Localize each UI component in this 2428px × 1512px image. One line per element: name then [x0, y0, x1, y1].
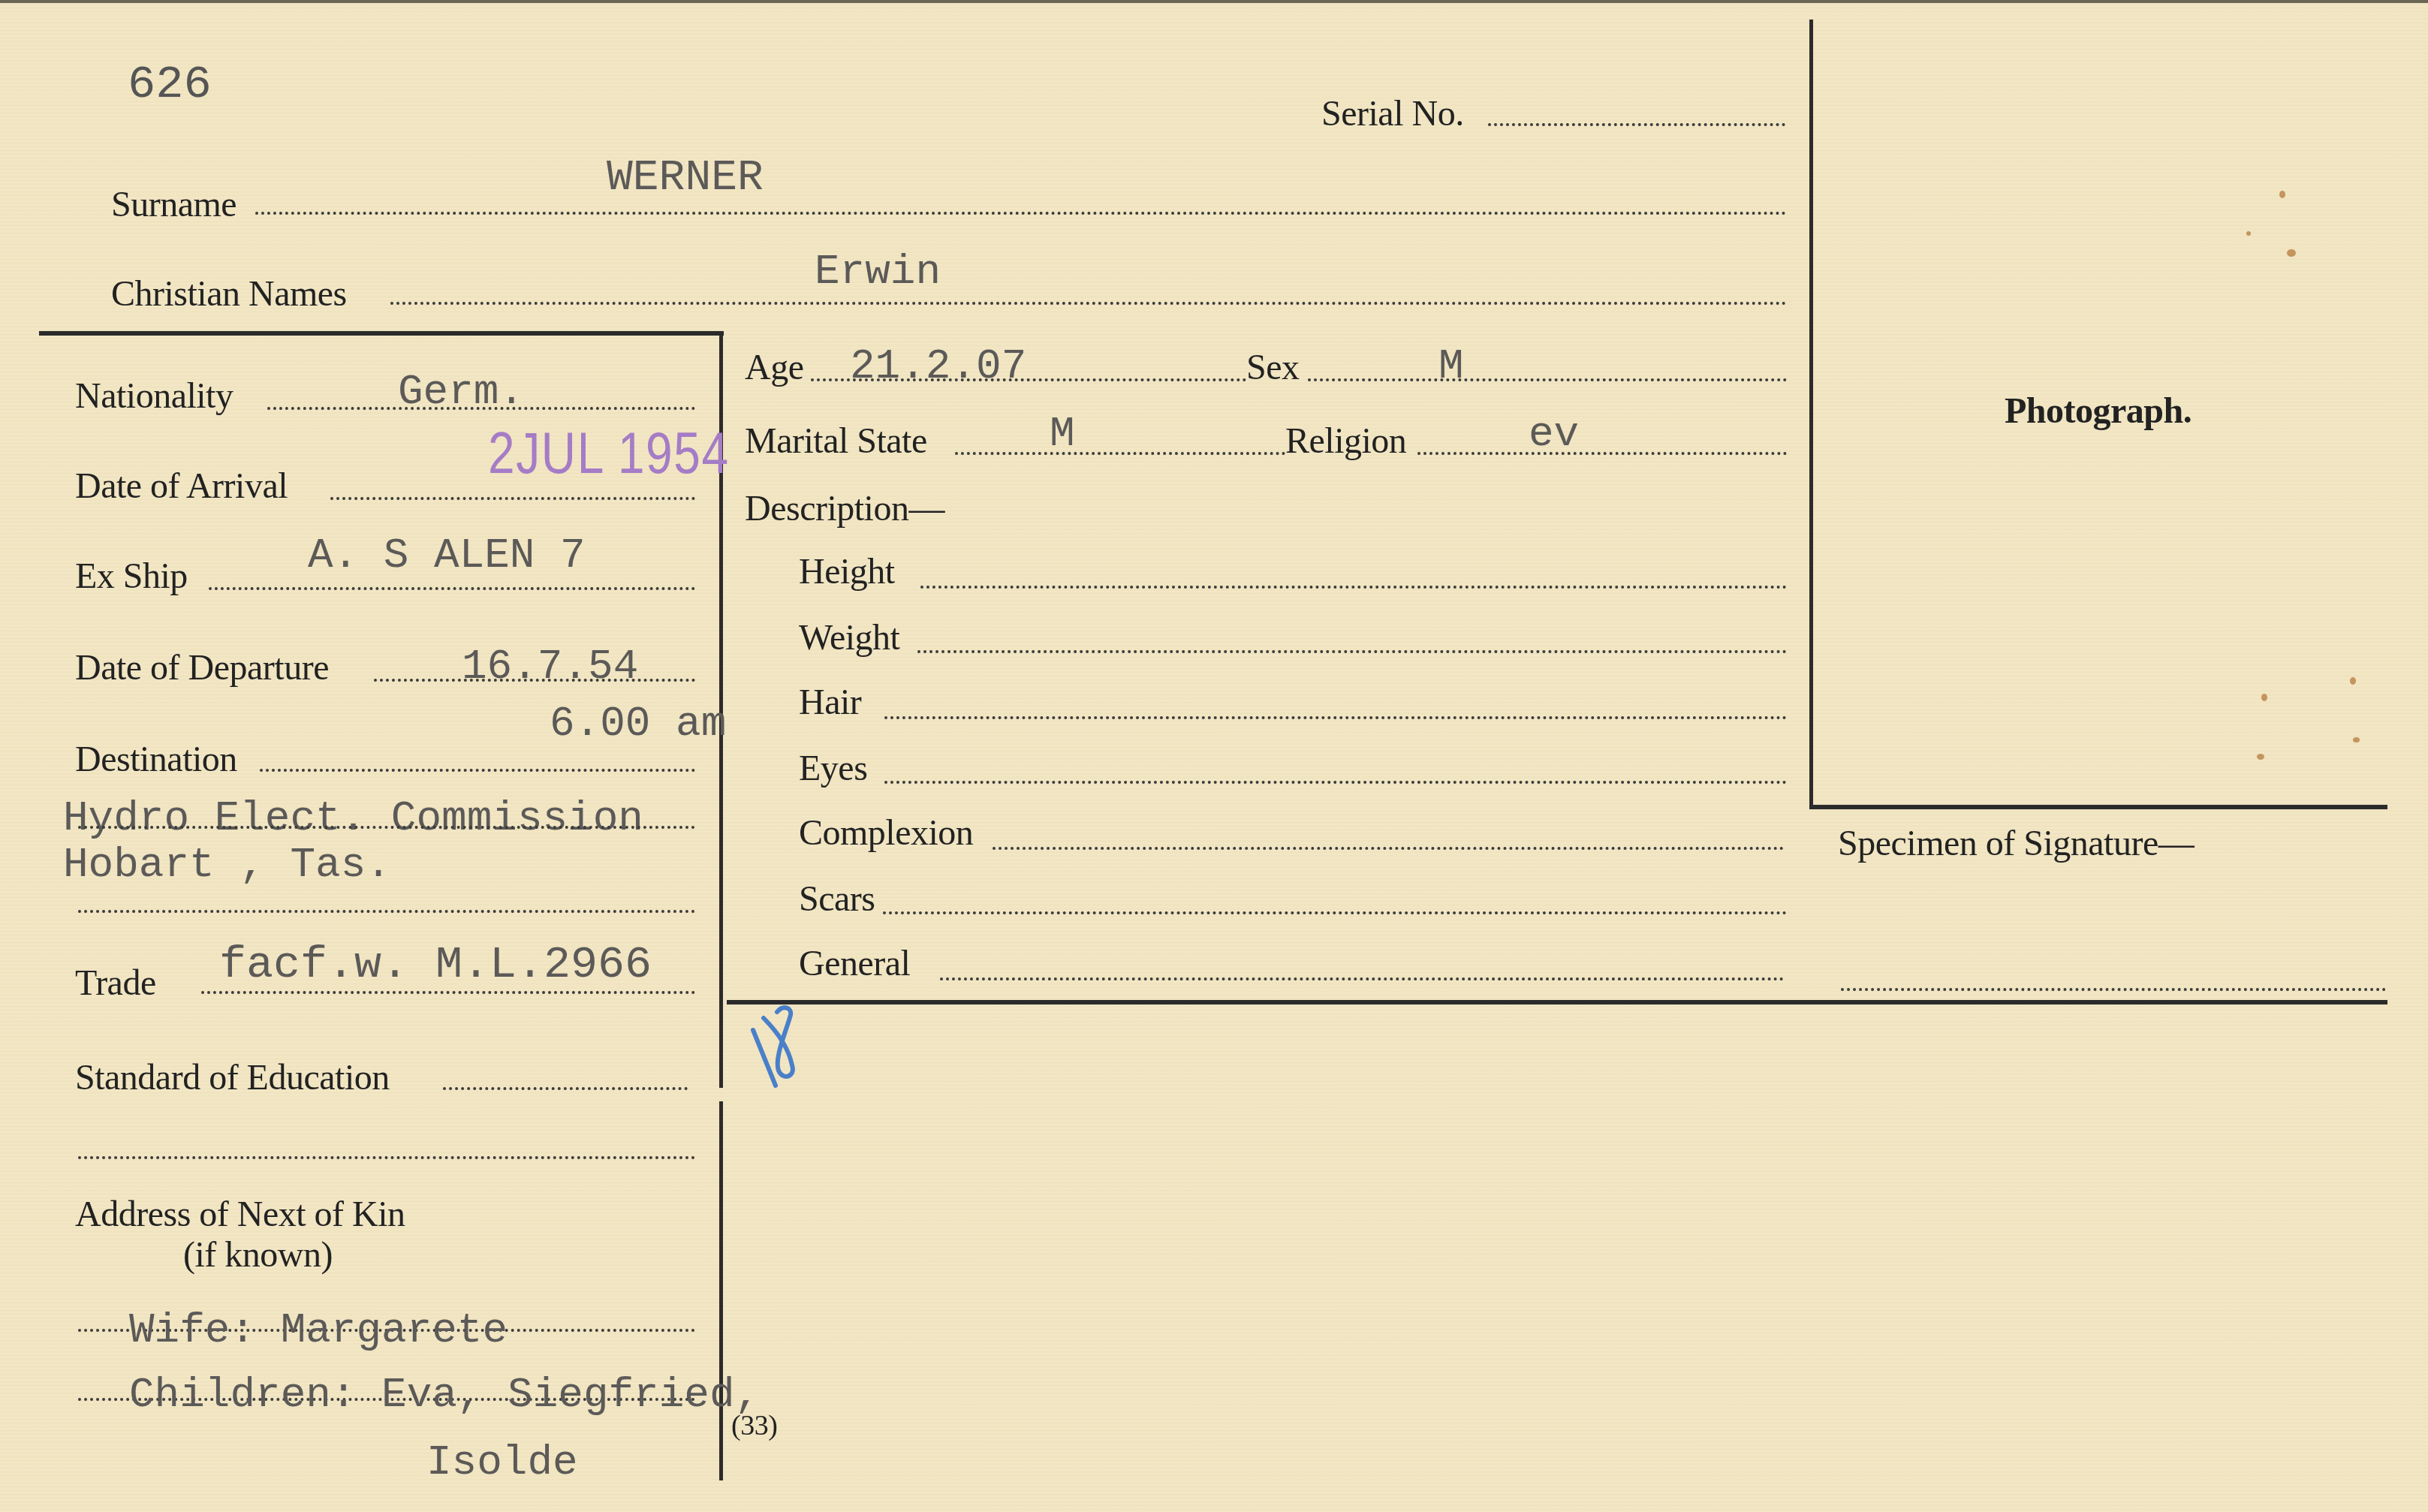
- height-label: Height: [799, 554, 895, 590]
- christian-names-value: Erwin: [815, 251, 941, 293]
- destination-line-2: Hobart , Tas.: [63, 844, 391, 886]
- weight-field[interactable]: [917, 650, 1787, 653]
- foxing-stain: [2350, 677, 2356, 685]
- standard-of-education-label: Standard of Education: [75, 1060, 390, 1096]
- foxing-stain: [2287, 249, 2296, 257]
- religion-field[interactable]: [1417, 452, 1787, 455]
- religion-label: Religion: [1285, 423, 1406, 459]
- nationality-value: Germ.: [398, 371, 524, 413]
- height-field[interactable]: [920, 586, 1787, 589]
- age-value: 21.2.07: [850, 345, 1026, 387]
- foxing-stain: [2261, 694, 2267, 701]
- nationality-label: Nationality: [75, 378, 233, 414]
- print-code: (33): [731, 1411, 777, 1440]
- foxing-stain: [2353, 737, 2360, 742]
- christian-names-label: Christian Names: [111, 276, 347, 312]
- serial-number-label: Serial No.: [1321, 96, 1464, 132]
- left-column-divider-lower: [719, 1101, 723, 1480]
- signature-label: Specimen of Signature—: [1838, 826, 2194, 862]
- eyes-field[interactable]: [884, 781, 1787, 784]
- date-of-departure-label: Date of Departure: [75, 650, 329, 686]
- eyes-label: Eyes: [799, 751, 867, 787]
- date-of-departure-value: 16.7.54: [462, 646, 638, 688]
- standard-of-education-field-2[interactable]: [78, 1156, 695, 1159]
- description-label: Description—: [745, 491, 944, 527]
- scars-field[interactable]: [883, 911, 1787, 914]
- destination-field[interactable]: [260, 769, 695, 772]
- destination-line-1: Hydro Elect. Commission: [63, 797, 643, 839]
- trade-value: facf.w. M.L.2966: [219, 943, 652, 988]
- general-field[interactable]: [940, 977, 1784, 980]
- destination-label: Destination: [75, 742, 237, 778]
- foxing-stain: [2257, 754, 2264, 760]
- serial-number-field[interactable]: [1488, 123, 1785, 126]
- next-of-kin-line-2: Children: Eva, Siegfried,: [129, 1374, 760, 1416]
- sex-label: Sex: [1246, 350, 1300, 386]
- date-of-arrival-field[interactable]: [330, 497, 695, 500]
- photograph-label: Photograph.: [2005, 393, 2192, 429]
- sex-value: M: [1438, 345, 1464, 387]
- surname-field[interactable]: [255, 212, 1787, 215]
- general-label: General: [799, 946, 910, 982]
- arrival-date-stamp: 2JUL 1954: [488, 423, 730, 482]
- standard-of-education-field[interactable]: [443, 1087, 688, 1090]
- foxing-stain: [2279, 191, 2285, 198]
- signature-field[interactable]: [1841, 988, 2386, 991]
- left-block-top-rule: [39, 331, 724, 336]
- description-bottom-rule: [727, 1000, 2387, 1004]
- complexion-label: Complexion: [799, 815, 973, 851]
- surname-label: Surname: [111, 187, 236, 223]
- ex-ship-value: A. S ALEN 7: [308, 535, 586, 577]
- complexion-field[interactable]: [993, 847, 1784, 850]
- immigration-record-card: 626 Serial No. WERNER Surname Erwin Chri…: [0, 0, 2428, 1512]
- christian-names-field[interactable]: [390, 302, 1787, 305]
- hair-field[interactable]: [884, 716, 1787, 719]
- scars-label: Scars: [799, 881, 875, 917]
- trade-field[interactable]: [201, 991, 695, 994]
- marital-state-value: M: [1050, 413, 1075, 455]
- photograph-box-bottom-rule: [1809, 805, 2387, 809]
- marital-state-label: Marital State: [745, 423, 927, 459]
- age-label: Age: [745, 350, 803, 386]
- card-number: 626: [128, 62, 212, 108]
- destination-field-3[interactable]: [78, 910, 695, 913]
- religion-value: ev: [1529, 413, 1579, 455]
- hair-label: Hair: [799, 685, 861, 721]
- ex-ship-label: Ex Ship: [75, 559, 188, 595]
- sex-field[interactable]: [1308, 378, 1787, 381]
- handwritten-note-18: [747, 1001, 815, 1092]
- weight-label: Weight: [799, 620, 899, 656]
- next-of-kin-line-3: Isolde: [426, 1441, 578, 1483]
- departure-time-value: 6.00 am: [550, 703, 726, 745]
- trade-label: Trade: [75, 965, 156, 1001]
- next-of-kin-line-1: Wife: Margarete: [129, 1309, 508, 1351]
- next-of-kin-label: Address of Next of Kin: [75, 1197, 405, 1233]
- foxing-stain: [2246, 231, 2251, 236]
- next-of-kin-sublabel: (if known): [183, 1237, 333, 1273]
- photograph-box-left-rule: [1809, 20, 1813, 809]
- marital-state-field[interactable]: [955, 452, 1285, 455]
- destination-field-2[interactable]: [78, 826, 695, 829]
- ex-ship-field[interactable]: [209, 587, 695, 590]
- surname-value: WERNER: [607, 157, 764, 200]
- date-of-arrival-label: Date of Arrival: [75, 468, 288, 505]
